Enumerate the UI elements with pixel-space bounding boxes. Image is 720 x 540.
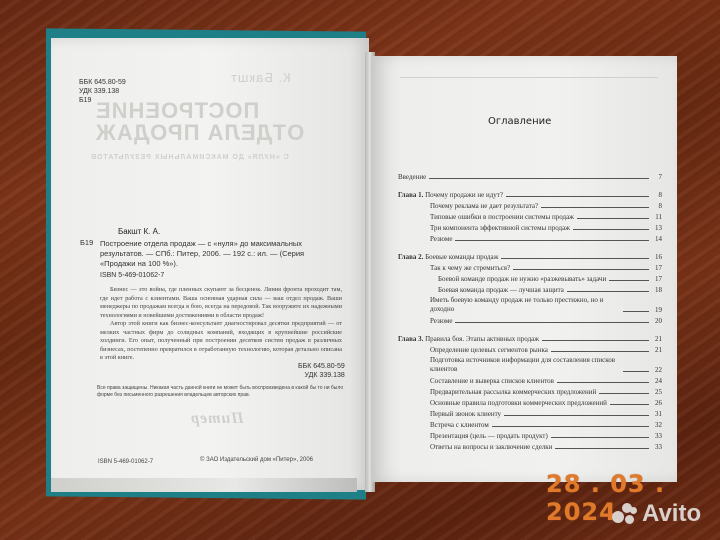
toc-page-number: 16	[652, 253, 662, 261]
toc-entry: Основные правила подготовки коммерческих…	[398, 396, 662, 407]
toc-entry: Резюме14	[398, 232, 662, 243]
toc-entry: Почему реклама не дает результата?8	[398, 199, 662, 210]
toc-page-number: 21	[652, 335, 662, 343]
running-header-rule	[400, 77, 658, 78]
ghost-title: ПОСТРОЕНИЕ ОТДЕЛА ПРОДАЖ	[95, 100, 335, 144]
toc-page-number: 7	[652, 173, 662, 181]
toc-entry: Глава 1. Почему продажи не идут?8	[398, 188, 662, 199]
toc-separator	[398, 325, 662, 332]
ghost-author: К. Бакшт	[230, 70, 291, 85]
toc-page-number: 31	[652, 410, 662, 418]
toc-title: Оглавление	[488, 116, 551, 127]
toc-page-number: 33	[652, 443, 662, 451]
toc-page-number: 18	[652, 286, 662, 294]
toc-entry: Подготовка источников информации для сос…	[398, 354, 662, 374]
toc-entry: Глава 3. Правила боя. Этапы активных про…	[398, 332, 662, 343]
toc-page-number: 26	[652, 399, 662, 407]
toc-page-number: 8	[652, 202, 662, 210]
toc-page-number: 24	[652, 377, 662, 385]
toc-page-number: 14	[652, 235, 662, 243]
bibliographic-description: Построение отдела продаж — с «нуля» до м…	[100, 239, 330, 269]
toc-entry: Составление и выверка списков клиентов24	[398, 374, 662, 385]
toc-entry: Боевой команде продаж не нужно «разжевыв…	[398, 272, 662, 283]
toc-entry: Ответы на вопросы и заключение сделки33	[398, 440, 662, 451]
toc-entry: Предварительная рассылка коммерческих пр…	[398, 385, 662, 396]
bbk-bottom: ББК 645.80-59 УДК 339.138	[298, 362, 345, 380]
author-name: Бакшт К. А.	[118, 228, 160, 236]
toc-page-number: 25	[652, 388, 662, 396]
toc-page-number: 17	[652, 275, 662, 283]
toc-entry: Презентация (цель — продать продукт)33	[398, 429, 662, 440]
toc-separator	[398, 243, 662, 250]
toc-entry: Резюме20	[398, 314, 662, 325]
toc-page-number: 13	[652, 224, 662, 232]
copyright: © ЗАО Издательский дом «Питер», 2006	[200, 456, 313, 464]
toc-page-number: 17	[652, 264, 662, 272]
catalog-code: Б19	[80, 239, 93, 247]
avito-logo-icon	[612, 503, 638, 525]
page-edges	[51, 478, 357, 492]
ghost-subtitle: С «НУЛЯ» ДО МАКСИМАЛЬНЫХ РЕЗУЛЬТАТОВ	[90, 154, 335, 161]
toc-page-number: 32	[652, 421, 662, 429]
toc-separator	[398, 181, 662, 188]
toc-entry: Первый звонок клиенту31	[398, 407, 662, 418]
toc-page-number: 21	[652, 346, 662, 354]
avito-watermark: Avito	[612, 500, 701, 528]
isbn: ISBN 5-469-01062-7	[100, 272, 164, 280]
toc-entry: Введение7	[398, 170, 662, 181]
toc-page-number: 22	[652, 366, 662, 374]
toc-entry: Типовые ошибки в построении системы прод…	[398, 210, 662, 221]
toc-entry: Встреча с клиентом32	[398, 418, 662, 429]
toc-page-number: 8	[652, 191, 662, 199]
toc-entry: Иметь боевую команду продаж не только пр…	[398, 294, 662, 314]
toc-page-number: 19	[652, 306, 662, 314]
toc-page-number: 20	[652, 317, 662, 325]
toc-page-number: 11	[652, 213, 662, 221]
toc-entry: Так к чему же стремиться?17	[398, 261, 662, 272]
table-of-contents: Введение7Глава 1. Почему продажи не идут…	[398, 170, 662, 451]
toc-entry: Определение целевых сегментов рынка21	[398, 343, 662, 354]
isbn-bottom: ISBN 5-469-01062-7	[98, 458, 153, 466]
rights-notice: Все права защищены. Никакая часть данной…	[97, 385, 347, 398]
publisher-logo: Питер	[190, 410, 244, 428]
toc-entry: Боевая команда продаж — лучшая защита18	[398, 283, 662, 294]
annotation: Бизнес — это война, где пленных скупают …	[100, 286, 342, 363]
toc-entry: Три компонента эффективной системы прода…	[398, 221, 662, 232]
toc-entry: Глава 2. Боевые команды продаж16	[398, 250, 662, 261]
toc-page-number: 33	[652, 432, 662, 440]
